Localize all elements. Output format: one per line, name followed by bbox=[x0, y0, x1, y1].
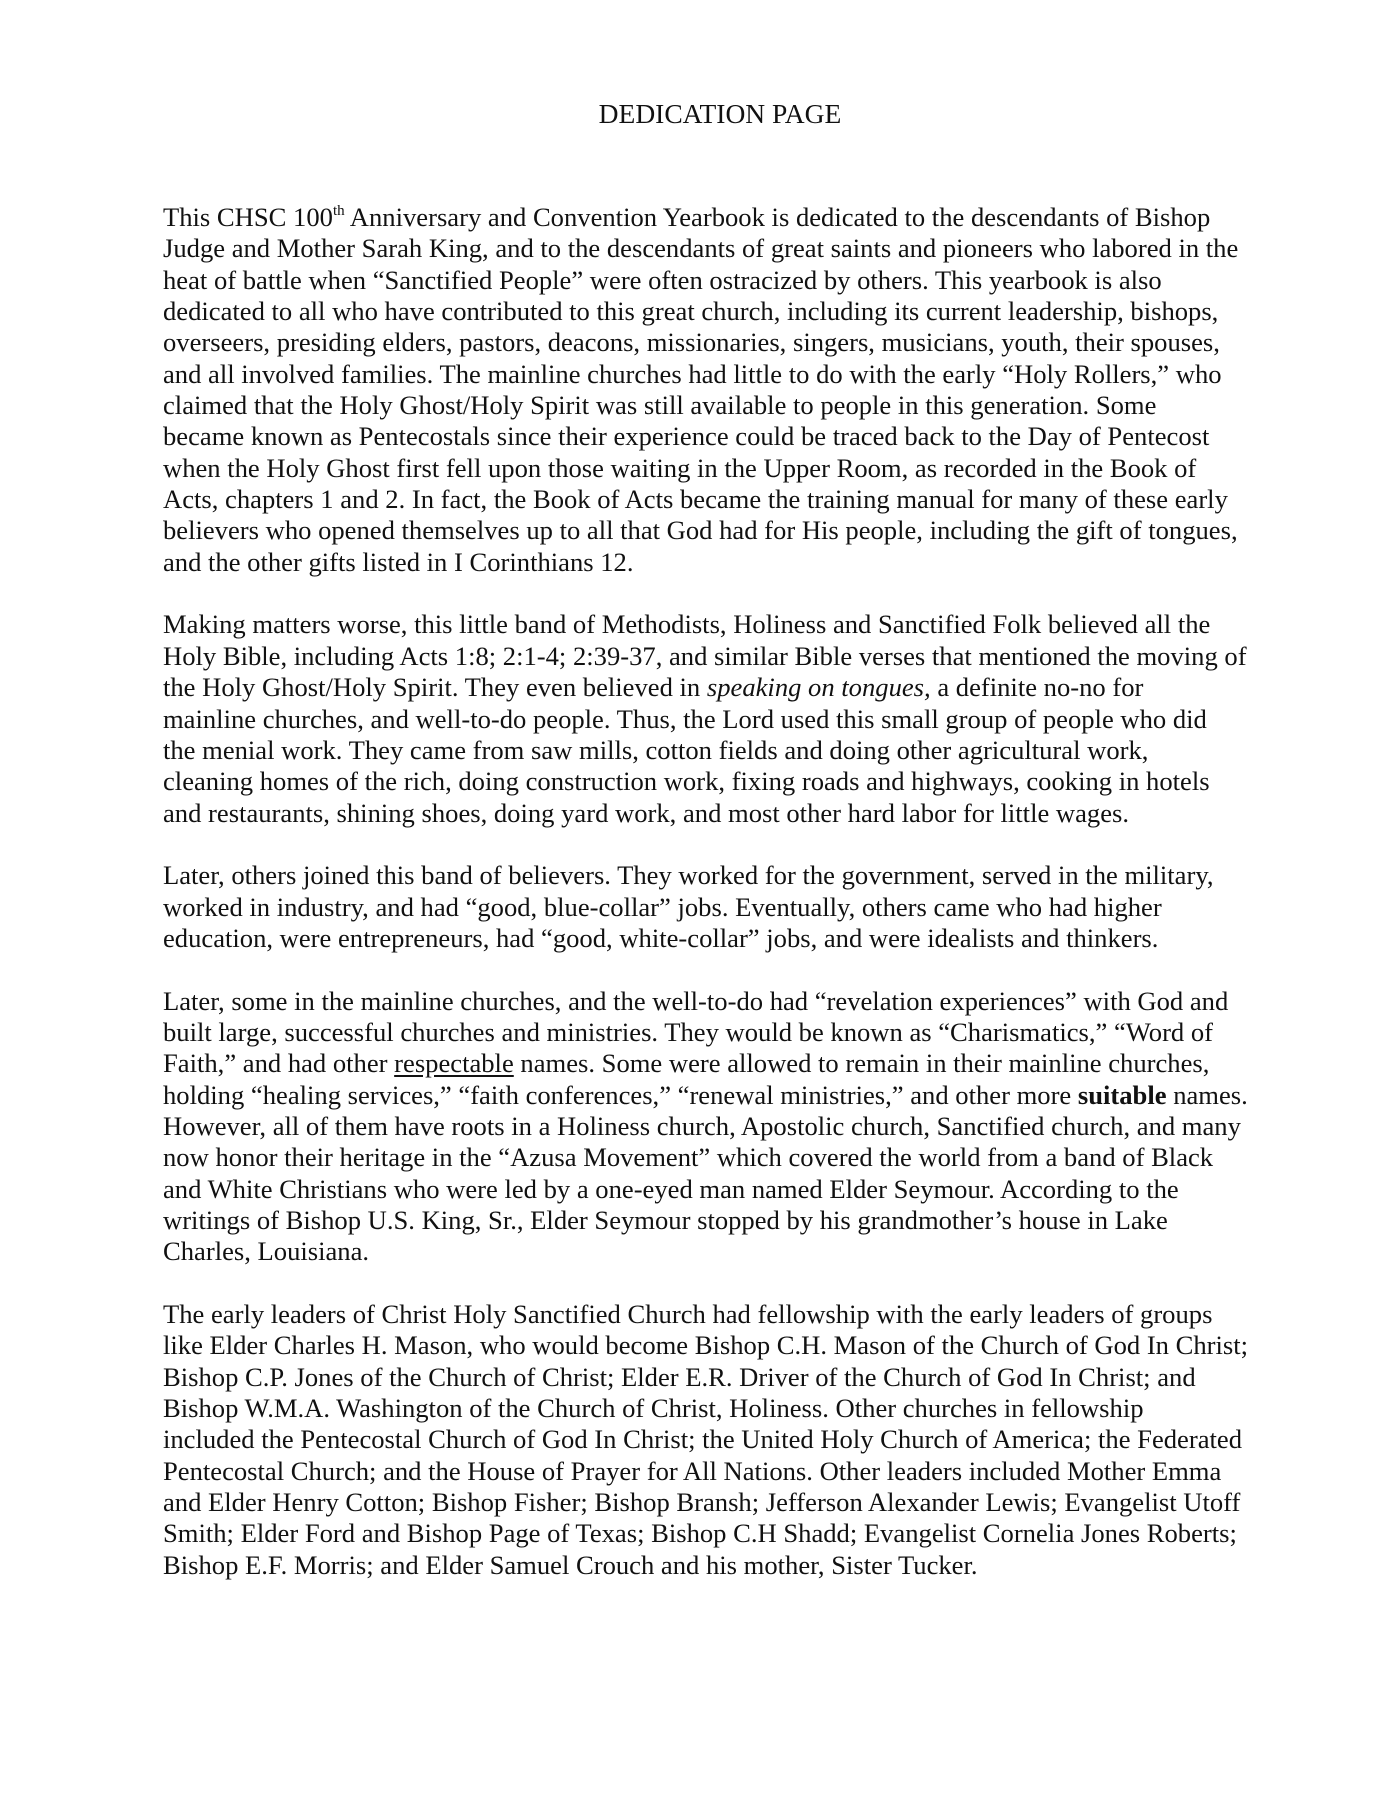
text-line: like Elder Charles H. Mason, who would b… bbox=[163, 1330, 1323, 1361]
text-line: and the other gifts listed in I Corinthi… bbox=[163, 547, 1323, 578]
text-line: dedicated to all who have contributed to… bbox=[163, 296, 1323, 327]
paragraph-4: Later, some in the mainline churches, an… bbox=[163, 986, 1323, 1268]
document-page: DEDICATION PAGE This CHSC 100th Annivers… bbox=[0, 0, 1391, 1800]
text-line: education, were entrepreneurs, had “good… bbox=[163, 923, 1323, 954]
text-line: the Holy Ghost/Holy Spirit. They even be… bbox=[163, 672, 1323, 703]
text-line: Faith,” and had other respectable names.… bbox=[163, 1048, 1323, 1079]
text-line: Acts, chapters 1 and 2. In fact, the Boo… bbox=[163, 484, 1323, 515]
bold-text: suitable bbox=[1078, 1080, 1167, 1110]
paragraph-3: Later, others joined this band of believ… bbox=[163, 860, 1323, 954]
text-line: Charles, Louisiana. bbox=[163, 1236, 1323, 1267]
text-line: now honor their heritage in the “Azusa M… bbox=[163, 1142, 1323, 1173]
text-line: However, all of them have roots in a Hol… bbox=[163, 1111, 1323, 1142]
paragraph-5: The early leaders of Christ Holy Sanctif… bbox=[163, 1299, 1323, 1581]
text-line: This CHSC 100th Anniversary and Conventi… bbox=[163, 202, 1323, 233]
text-line: Later, others joined this band of believ… bbox=[163, 860, 1323, 891]
text-line: Judge and Mother Sarah King, and to the … bbox=[163, 233, 1323, 264]
paragraph-2: Making matters worse, this little band o… bbox=[163, 609, 1323, 828]
text-run: a definite no-no for bbox=[931, 672, 1144, 702]
text-run: Faith,” and had other bbox=[163, 1048, 394, 1078]
text-line: writings of Bishop U.S. King, Sr., Elder… bbox=[163, 1205, 1323, 1236]
page-title: DEDICATION PAGE bbox=[0, 98, 1391, 130]
text-line: believers who opened themselves up to al… bbox=[163, 515, 1323, 546]
text-line: The early leaders of Christ Holy Sanctif… bbox=[163, 1299, 1323, 1330]
text-line: holding “healing services,” “faith confe… bbox=[163, 1080, 1323, 1111]
text-line: Pentecostal Church; and the House of Pra… bbox=[163, 1456, 1323, 1487]
text-line: Holy Bible, including Acts 1:8; 2:1-4; 2… bbox=[163, 641, 1323, 672]
text-line: when the Holy Ghost first fell upon thos… bbox=[163, 453, 1323, 484]
text-run: holding “healing services,” “faith confe… bbox=[163, 1080, 1078, 1110]
text-line: overseers, presiding elders, pastors, de… bbox=[163, 327, 1323, 358]
text-line: Later, some in the mainline churches, an… bbox=[163, 986, 1323, 1017]
text-line: Bishop E.F. Morris; and Elder Samuel Cro… bbox=[163, 1550, 1323, 1581]
italic-text: speaking on tongues, bbox=[707, 672, 931, 702]
text-line: built large, successful churches and min… bbox=[163, 1017, 1323, 1048]
document-body: This CHSC 100th Anniversary and Conventi… bbox=[163, 202, 1323, 1612]
text-line: Making matters worse, this little band o… bbox=[163, 609, 1323, 640]
text-line: the menial work. They came from saw mill… bbox=[163, 735, 1323, 766]
text-line: and Elder Henry Cotton; Bishop Fisher; B… bbox=[163, 1487, 1323, 1518]
text-run: names. bbox=[1167, 1080, 1248, 1110]
text-run: This CHSC 100 bbox=[163, 202, 333, 232]
text-line: Bishop C.P. Jones of the Church of Chris… bbox=[163, 1362, 1323, 1393]
text-line: claimed that the Holy Ghost/Holy Spirit … bbox=[163, 390, 1323, 421]
text-run: Anniversary and Convention Yearbook is d… bbox=[345, 202, 1211, 232]
text-line: and restaurants, shining shoes, doing ya… bbox=[163, 798, 1323, 829]
text-run: the Holy Ghost/Holy Spirit. They even be… bbox=[163, 672, 707, 702]
text-line: mainline churches, and well-to-do people… bbox=[163, 704, 1323, 735]
paragraph-1: This CHSC 100th Anniversary and Conventi… bbox=[163, 202, 1323, 578]
text-line: cleaning homes of the rich, doing constr… bbox=[163, 766, 1323, 797]
text-run: names. Some were allowed to remain in th… bbox=[514, 1048, 1210, 1078]
text-line: worked in industry, and had “good, blue-… bbox=[163, 892, 1323, 923]
text-line: and all involved families. The mainline … bbox=[163, 359, 1323, 390]
text-line: and White Christians who were led by a o… bbox=[163, 1174, 1323, 1205]
text-line: included the Pentecostal Church of God I… bbox=[163, 1424, 1323, 1455]
text-line: heat of battle when “Sanctified People” … bbox=[163, 265, 1323, 296]
text-line: became known as Pentecostals since their… bbox=[163, 421, 1323, 452]
superscript: th bbox=[333, 203, 345, 219]
text-line: Smith; Elder Ford and Bishop Page of Tex… bbox=[163, 1518, 1323, 1549]
text-line: Bishop W.M.A. Washington of the Church o… bbox=[163, 1393, 1323, 1424]
underlined-text: respectable bbox=[394, 1048, 514, 1078]
